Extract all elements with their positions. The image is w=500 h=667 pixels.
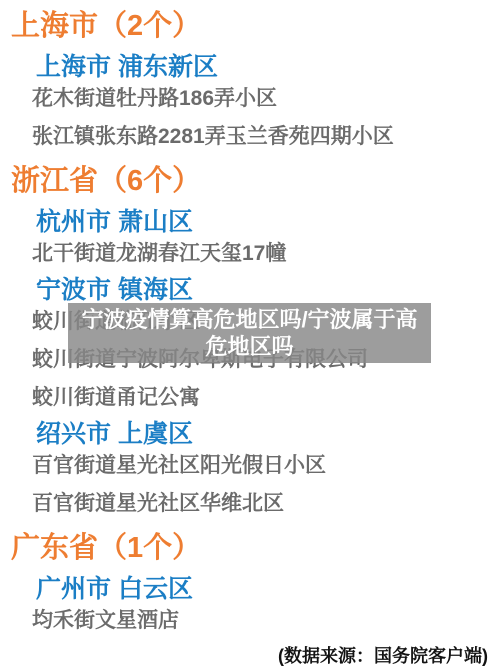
watermark-overlay: 宁波疫情算高危地区吗/宁波属于高 危地区吗 xyxy=(68,303,431,363)
city-district-header: 上海市 浦东新区 xyxy=(36,52,500,82)
address-line: 北干街道龙湖春江天玺17幢 xyxy=(32,241,500,267)
address-line: 百官街道星光社区华维北区 xyxy=(32,491,500,517)
city-district-header: 杭州市 萧山区 xyxy=(36,207,500,237)
province-header: 浙江省（6个） xyxy=(11,163,500,199)
address-line: 花木街道牡丹路186弄小区 xyxy=(32,86,500,112)
high-risk-area-list-page: 上海市（2个）上海市 浦东新区花木街道牡丹路186弄小区张江镇张东路2281弄玉… xyxy=(0,0,500,667)
province-header: 上海市（2个） xyxy=(11,8,500,44)
city-district-header: 绍兴市 上虞区 xyxy=(36,419,500,449)
watermark-line1: 宁波疫情算高危地区吗/宁波属于高 xyxy=(68,306,431,333)
province-section: 上海市（2个）上海市 浦东新区花木街道牡丹路186弄小区张江镇张东路2281弄玉… xyxy=(0,8,500,150)
data-source-note: (数据来源：国务院客户端) xyxy=(278,642,488,667)
address-line: 张江镇张东路2281弄玉兰香苑四期小区 xyxy=(32,124,500,150)
address-line: 蛟川街道甬记公寓 xyxy=(32,385,500,411)
address-line: 均禾街文星酒店 xyxy=(32,608,500,634)
province-section: 广东省（1个）广州市 白云区均禾街文星酒店 xyxy=(0,530,500,634)
city-district-header: 广州市 白云区 xyxy=(36,574,500,604)
province-header: 广东省（1个） xyxy=(11,530,500,566)
city-district-header: 宁波市 镇海区 xyxy=(36,275,500,305)
watermark-line2: 危地区吗 xyxy=(68,333,431,360)
address-line: 百官街道星光社区阳光假日小区 xyxy=(32,453,500,479)
